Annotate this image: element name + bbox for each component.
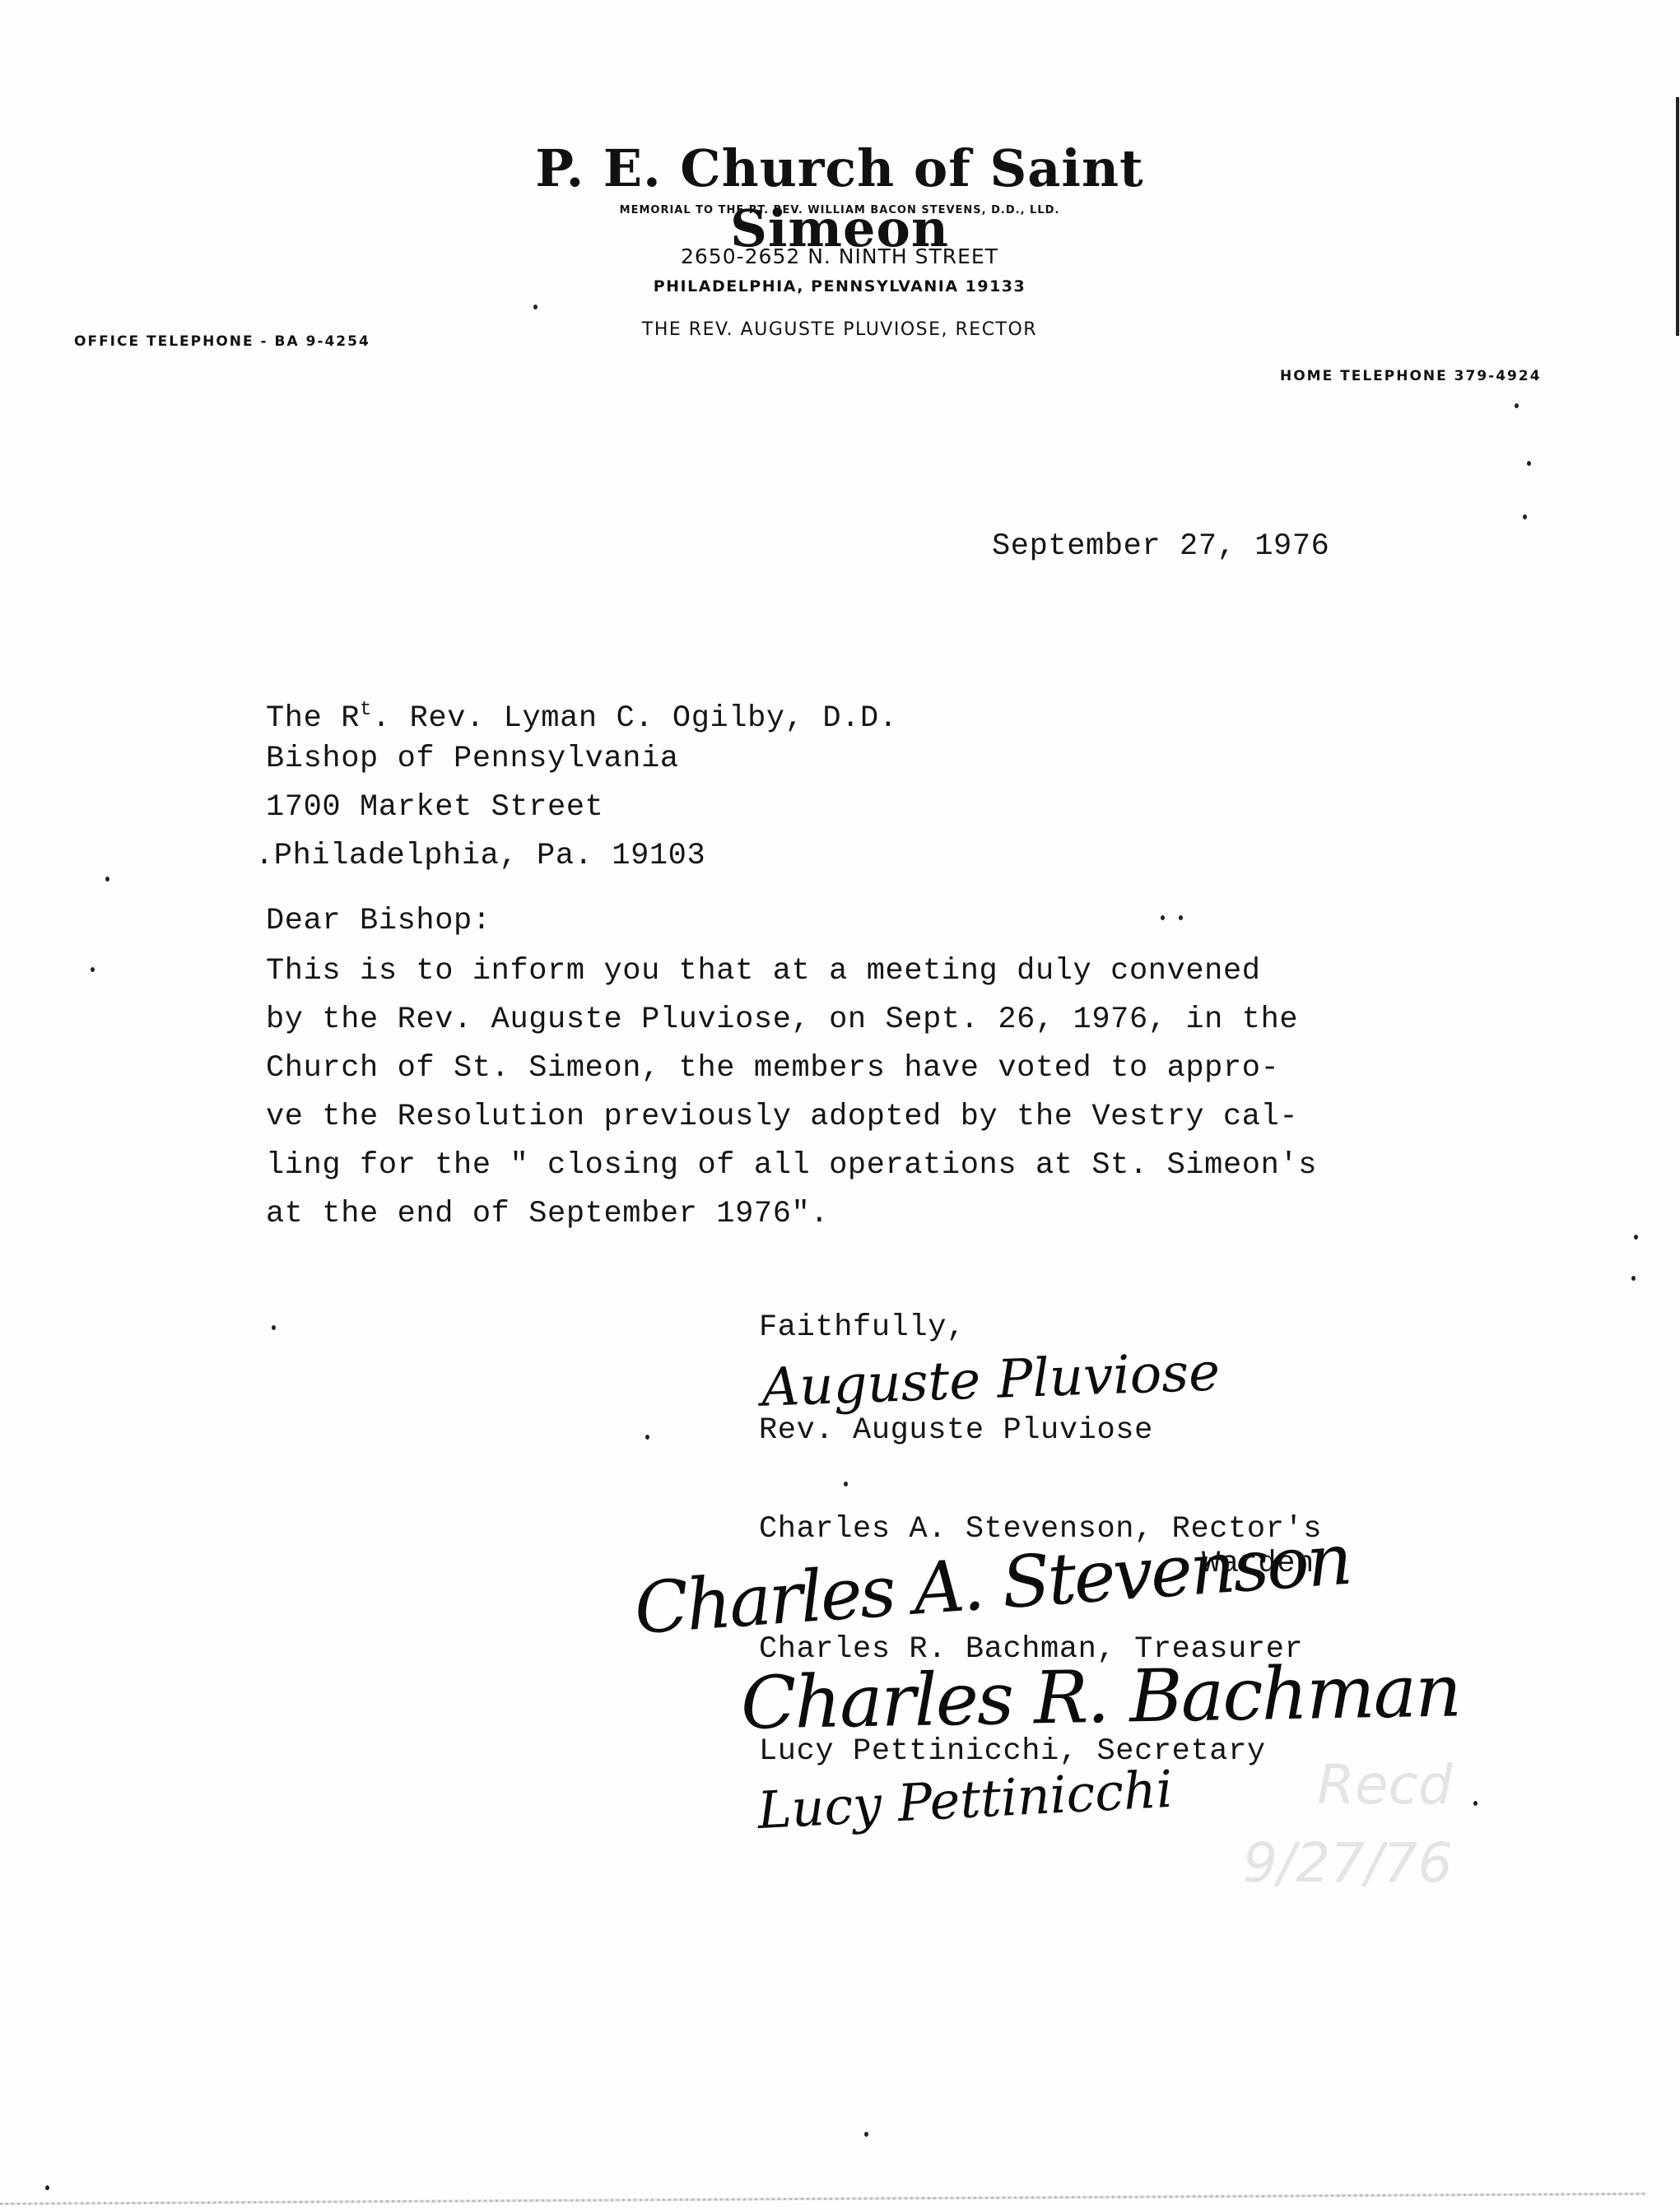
letterhead-street: 2650-2652 N. NINTH STREET [412, 244, 1268, 268]
scan-speck [1523, 514, 1527, 519]
scan-speck [864, 2132, 868, 2137]
letter-date: September 27, 1976 [992, 532, 1329, 562]
recipient-line-4: .Philadelphia, Pa. 19103 [255, 841, 705, 872]
letterhead-memorial: MEMORIAL TO THE RT. REV. WILLIAM BACON S… [412, 204, 1268, 216]
home-telephone: HOME TELEPHONE 379-4924 [1280, 368, 1542, 384]
signature-pettinicchi: Lucy Pettinicchi [756, 1759, 1174, 1840]
body-line: This is to inform you that at a meeting … [266, 956, 1261, 987]
scan-speck [91, 967, 95, 972]
scan-speck [1179, 915, 1183, 920]
letterhead-rector: THE REV. AUGUSTE PLUVIOSE, RECTOR [412, 319, 1268, 340]
scan-speck [1161, 915, 1165, 920]
recipient-line-1: The Rt. Rev. Lyman C. Ogilby, D.D. [266, 695, 898, 734]
scan-speck [1634, 1235, 1638, 1240]
scan-edge [0, 2193, 1646, 2205]
scan-speck [105, 877, 109, 882]
letter-page: P. E. Church of Saint Simeon MEMORIAL TO… [0, 0, 1680, 2210]
page-edge-shadow [1676, 97, 1679, 336]
scan-speck [272, 1325, 276, 1330]
body-line: ling for the " closing of all operations… [266, 1151, 1317, 1181]
signature-bachman: Charles R. Bachman [740, 1648, 1460, 1745]
letterhead-title: P. E. Church of Saint Simeon [461, 138, 1218, 258]
letterhead-city: PHILADELPHIA, PENNSYLVANIA 19133 [412, 277, 1268, 295]
pencil-annotation-date: 9/27/76 [1243, 1831, 1452, 1895]
recipient-title-superscript: t [360, 699, 372, 721]
recipient-line-2: Bishop of Pennsylvania [266, 744, 679, 775]
recipient-title: The R [266, 701, 360, 736]
scan-speck [1631, 1276, 1636, 1281]
salutation: Dear Bishop: [266, 906, 491, 937]
recipient-line-3: 1700 Market Street [266, 793, 603, 823]
body-line: by the Rev. Auguste Pluviose, on Sept. 2… [266, 1005, 1298, 1035]
scan-speck [645, 1435, 649, 1440]
pencil-annotation: Recd [1317, 1753, 1453, 1817]
body-line: Church of St. Simeon, the members have v… [266, 1054, 1279, 1084]
office-telephone: OFFICE TELEPHONE - BA 9-4254 [74, 333, 370, 350]
scan-speck [844, 1482, 848, 1487]
recipient-name: . Rev. Lyman C. Ogilby, D.D. [372, 701, 898, 736]
scan-speck [1515, 403, 1519, 408]
typed-name-pettinicchi: Lucy Pettinicchi, Secretary [759, 1737, 1266, 1767]
closing: Faithfully, [759, 1313, 966, 1343]
scan-speck [1473, 1801, 1478, 1806]
scan-speck [533, 305, 538, 309]
scan-speck [45, 2185, 49, 2190]
typed-name-pluviose: Rev. Auguste Pluviose [759, 1416, 1153, 1446]
scan-speck [1527, 461, 1531, 466]
signature-pluviose: Auguste Pluviose [761, 1342, 1221, 1418]
body-line: ve the Resolution previously adopted by … [266, 1102, 1298, 1133]
body-line: at the end of September 1976". [266, 1199, 829, 1230]
